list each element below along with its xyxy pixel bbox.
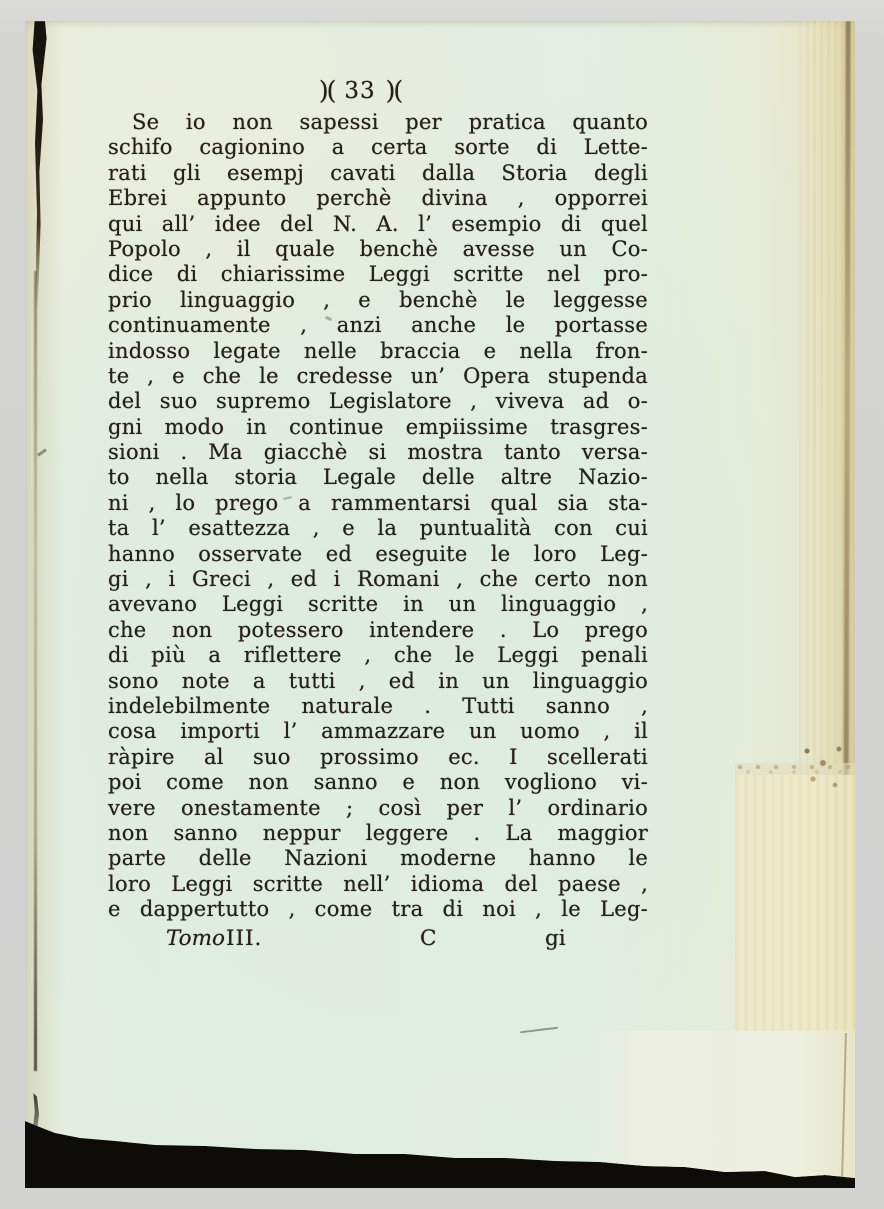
text-line: qui all’ idee del N. A. l’ esempio di qu… <box>108 212 648 237</box>
text-line: Se io non sapessi per pratica quanto <box>108 110 648 135</box>
text-line: poi come non sanno e non vogliono vi- <box>108 770 648 795</box>
volume-number: III. <box>226 926 262 951</box>
signature-mark: C <box>420 926 436 951</box>
text-line: dice di chiarissime Leggi scritte nel pr… <box>108 262 648 287</box>
under-leaf-corner <box>587 1031 855 1181</box>
page-number: 33 <box>344 78 375 104</box>
text-line: vere onestamente ; così per l’ ordinario <box>108 796 648 821</box>
text-line: ràpire al suo prossimo ec. I scellerati <box>108 745 648 770</box>
header-ornament-left: )( <box>309 76 345 105</box>
brown-specks <box>799 743 853 795</box>
text-line: ta l’ esattezza , e la puntualità con cu… <box>108 516 648 541</box>
body-text: Se io non sapessi per pratica quanto sch… <box>108 110 648 923</box>
text-line: indelebilmente naturale . Tutti sanno , <box>108 694 648 719</box>
text-line: loro Leggi scritte nell’ idioma del paes… <box>108 872 648 897</box>
text-line: avevano Leggi scritte in un linguaggio , <box>108 592 648 617</box>
text-line: sioni . Ma giacchè si mostra tanto versa… <box>108 440 648 465</box>
scanned-book-image: )(33)( Se io non sapessi per pratica qua… <box>0 0 884 1209</box>
text-line: rati gli esempj cavati dalla Storia degl… <box>108 161 648 186</box>
catchword: gi <box>545 926 566 951</box>
text-line: del suo supremo Legislatore , viveva ad … <box>108 389 648 414</box>
header-ornament-right: )( <box>376 76 412 105</box>
text-line: continuamente , anzi anche le portasse <box>108 313 648 338</box>
text-line: sono note a tutti , ed in un linguaggio <box>108 669 648 694</box>
binding-crease-line <box>34 271 37 1071</box>
text-line: Ebrei appunto perchè divina , opporrei <box>108 186 648 211</box>
text-line: hanno osservate ed eseguite le loro Leg- <box>108 542 648 567</box>
text-line: non sanno neppur leggere . La maggior <box>108 821 648 846</box>
page-header: )(33)( <box>90 74 630 106</box>
printed-text-block: )(33)( Se io non sapessi per pratica qua… <box>108 74 648 954</box>
text-line: indosso legate nelle braccia e nella fro… <box>108 339 648 364</box>
text-line: prio linguaggio , e benchè le leggesse <box>108 288 648 313</box>
text-line: cosa importi l’ ammazzare un uomo , il <box>108 719 648 744</box>
scanner-background: )(33)( Se io non sapessi per pratica qua… <box>25 21 855 1188</box>
under-leaf <box>735 775 855 1033</box>
text-line: di più a riflettere , che le Leggi penal… <box>108 643 648 668</box>
volume-label: Tomo <box>166 926 225 951</box>
text-line: to nella storia Legale delle altre Nazio… <box>108 465 648 490</box>
text-line: e dappertutto , come tra di noi , le Leg… <box>108 897 648 922</box>
text-line: gni modo in continue empiissime trasgres… <box>108 415 648 440</box>
text-line: ni , lo prego a rammentarsi qual sia sta… <box>108 491 648 516</box>
book-page: )(33)( Se io non sapessi per pratica qua… <box>25 21 855 1188</box>
gutter-shadow <box>25 21 63 1188</box>
stray-ink-dash <box>520 1027 558 1034</box>
text-line: che non potessero intendere . Lo prego <box>108 618 648 643</box>
page-footer: Tomo III. C gi <box>108 926 648 954</box>
text-line: gi , i Greci , ed i Romani , che certo n… <box>108 567 648 592</box>
text-line: te , e che le credesse un’ Opera stupend… <box>108 364 648 389</box>
text-line: schifo cagionino a certa sorte di Lette- <box>108 135 648 160</box>
text-line: parte delle Nazioni moderne hanno le <box>108 846 648 871</box>
text-line: Popolo , il quale benchè avesse un Co- <box>108 237 648 262</box>
